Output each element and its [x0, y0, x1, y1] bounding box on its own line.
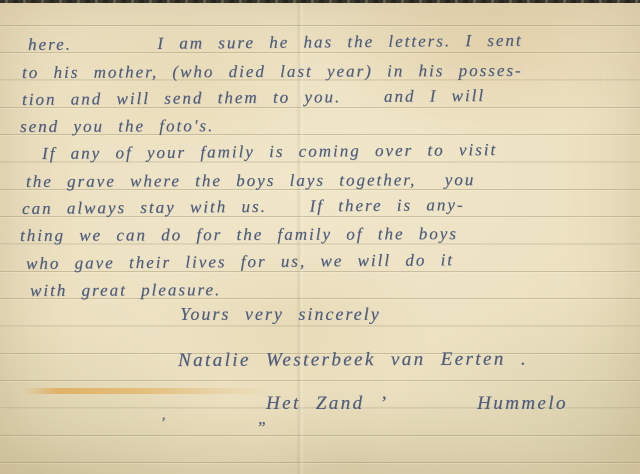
letter-closing: Yours very sincerely: [180, 301, 381, 327]
letter-body-line: the grave where the boys lays together, …: [26, 167, 475, 195]
letter-scan: here. I am sure he has the letters. I se…: [0, 0, 640, 474]
letter-body-line: with great pleasure.: [30, 277, 221, 304]
letter-body-line: send you the foto's.: [20, 113, 214, 140]
letter-body-line: can always stay with us. If there is any…: [22, 192, 465, 222]
stray-tick-mark: ’: [160, 410, 165, 436]
place-line: Het Zand ’ Hummelo: [266, 391, 568, 417]
letter-body-line: tion and will send them to you. and I wi…: [22, 83, 485, 113]
scan-edge-strip: [0, 0, 640, 3]
letter-body-line: to his mother, (who died last year) in h…: [22, 58, 523, 86]
signature-line: Natalie Westerbeek van Eerten .: [178, 346, 528, 374]
low-open-quote-mark: „: [258, 406, 267, 432]
letter-body-line: here. I am sure he has the letters. I se…: [28, 28, 523, 58]
letter-body-line: who gave their lives for us, we will do …: [26, 247, 454, 277]
letter-body-line: If any of your family is coming over to …: [42, 137, 497, 167]
letter-body-line: thing we can do for the family of the bo…: [20, 221, 458, 249]
orange-stain-streak: [22, 388, 272, 394]
